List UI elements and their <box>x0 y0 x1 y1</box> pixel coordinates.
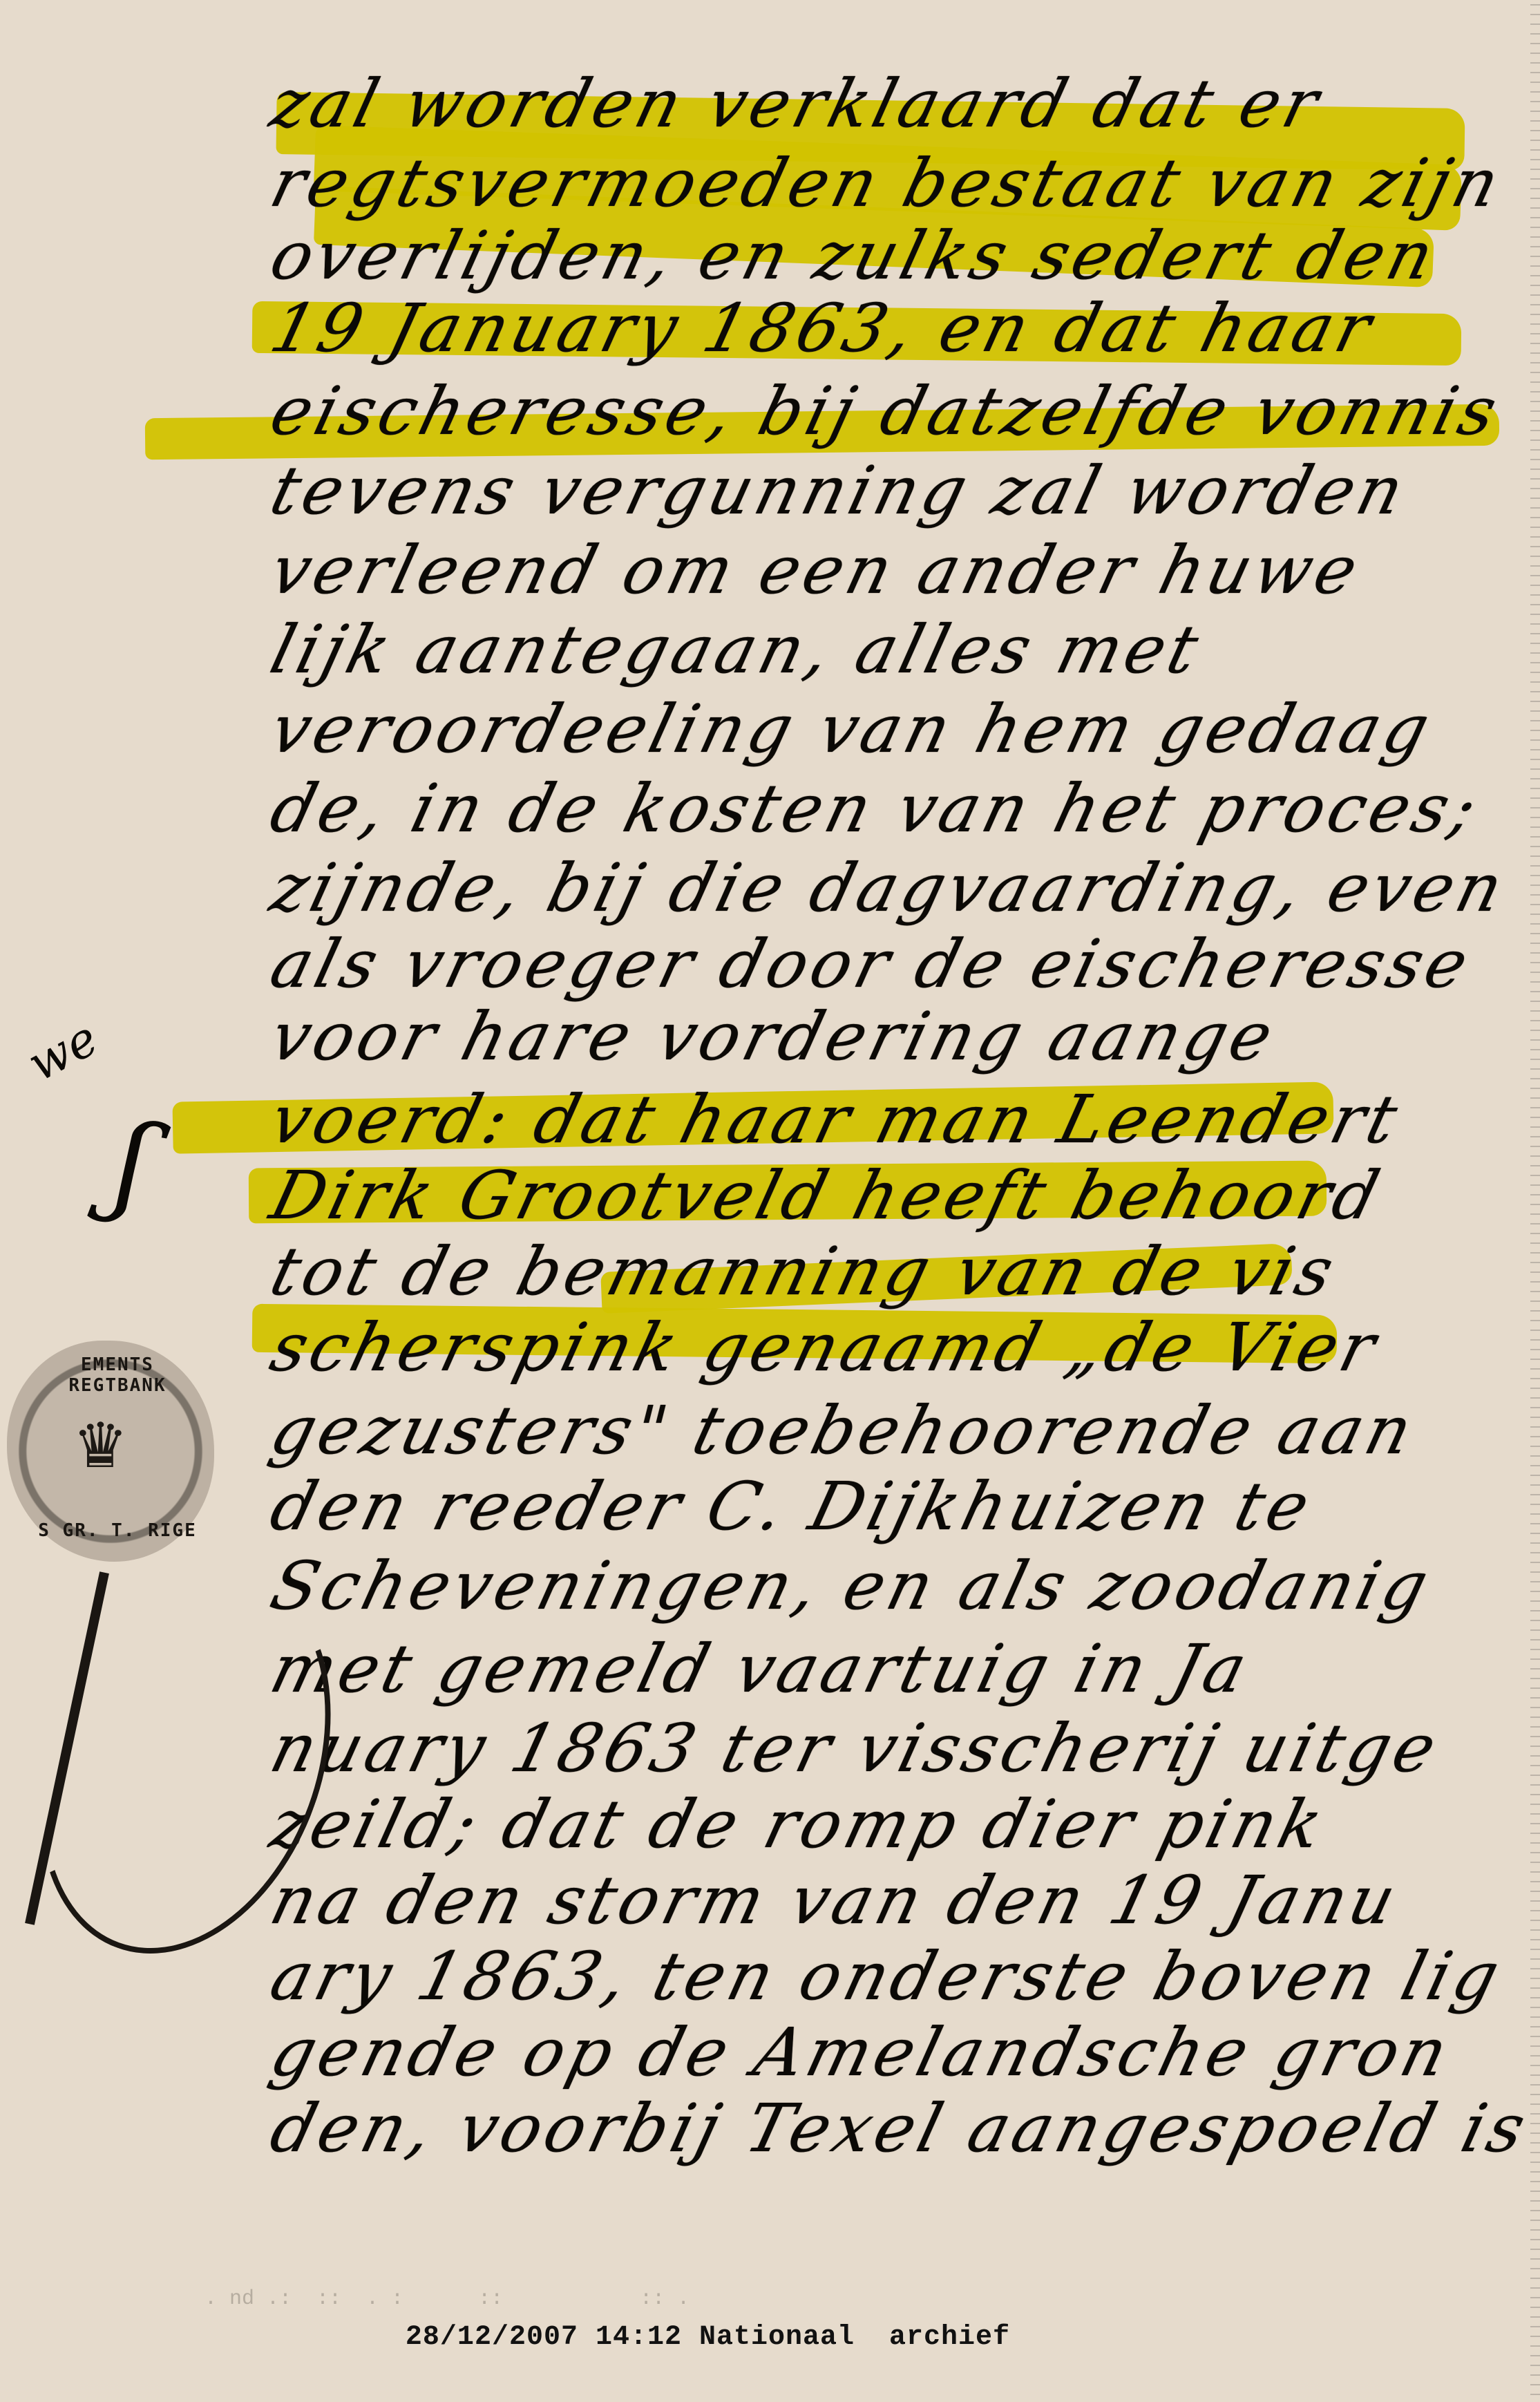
seal-top-text: EMENTS REGTBANK <box>28 1354 207 1396</box>
handwritten-line: overlijden, en zulks sedert den <box>263 214 1513 297</box>
handwritten-line: gezusters" toebehoorende aan <box>263 1389 1513 1472</box>
handwritten-line: na den storm van den 19 Janu <box>263 1859 1513 1942</box>
handwritten-line: scherspink genaamd „de Vier <box>263 1306 1513 1389</box>
handwritten-line: voerd: dat haar man Leendert <box>263 1078 1513 1161</box>
handwritten-line: 19 January 1863, en dat haar <box>263 287 1513 370</box>
page-edge-artifact <box>1530 0 1540 2402</box>
handwritten-line: den reeder C. Dijkhuizen te <box>263 1465 1513 1548</box>
handwritten-line: verleend om een ander huwe <box>263 529 1513 612</box>
fax-timestamp-footer: 28/12/2007 14:12 Nationaal archief <box>0 2322 1540 2353</box>
handwritten-line: zal worden verklaard dat er <box>263 62 1513 145</box>
margin-paraph-mark: ʃ <box>106 1097 158 1230</box>
handwritten-line: voor hare vordering aange <box>263 995 1513 1078</box>
bleed-through-text: . nd .: :: . : :: :: . <box>0 2287 1540 2311</box>
handwritten-line: lijk aantegaan, alles met <box>263 608 1513 691</box>
handwritten-line: Dirk Grootveld heeft behoord <box>263 1154 1513 1237</box>
handwritten-line: de, in de kosten van het proces; <box>263 767 1513 850</box>
handwritten-line: tot de bemanning van de vis <box>263 1230 1513 1313</box>
handwritten-line: als vroeger door de eischeresse <box>263 923 1513 1005</box>
handwritten-line: eischeresse, bij datzelfde vonnis <box>263 370 1513 453</box>
handwritten-line: Scheveningen, en als zoodanig <box>263 1544 1513 1627</box>
handwritten-line: ary 1863, ten onderste boven lig <box>263 1935 1513 2018</box>
handwritten-line: gende op de Amelandsche gron <box>263 2011 1513 2094</box>
crown-coat-of-arms-icon: ♛ <box>73 1410 129 1482</box>
handwritten-line: veroordeeling van hem gedaag <box>263 688 1513 770</box>
handwritten-line: den, voorbij Texel aangespoeld is <box>263 2087 1513 2170</box>
scanned-document-page: zal worden verklaard dat er regtsvermoed… <box>0 0 1540 2402</box>
seal-bottom-text: S GR. T. RIGE <box>28 1520 207 1541</box>
handwritten-line: nuary 1863 ter visscherij uitge <box>263 1707 1513 1790</box>
handwritten-line: tevens vergunning zal worden <box>263 449 1513 532</box>
handwritten-line: met gemeld vaartuig in Ja <box>263 1627 1513 1710</box>
handwritten-line: regtsvermoeden bestaat van zijn <box>263 142 1513 225</box>
margin-annotation: we <box>19 1010 107 1093</box>
handwritten-line: zijnde, bij die dagvaarding, even <box>263 847 1513 929</box>
handwritten-line: zeild; dat de romp dier pink <box>263 1783 1513 1866</box>
